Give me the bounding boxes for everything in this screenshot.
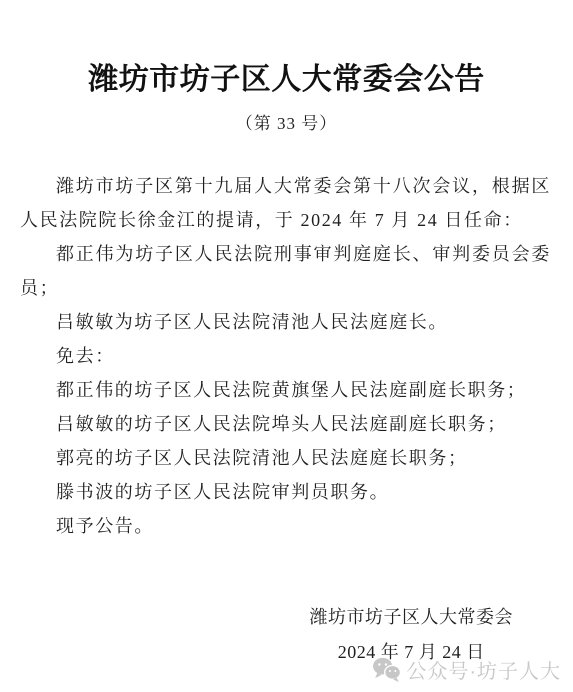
- watermark: 公众号·坊子人大: [372, 655, 561, 684]
- document-body: 潍坊市坊子区第十九届人大常委会第十八次会议，根据区人民法院院长徐金江的提请，于 …: [20, 169, 551, 543]
- paragraph-dismiss-heading: 免去：: [20, 339, 551, 373]
- paragraph-intro: 潍坊市坊子区第十九届人大常委会第十八次会议，根据区人民法院院长徐金江的提请，于 …: [20, 169, 551, 237]
- signature-organization: 潍坊市坊子区人大常委会: [310, 603, 514, 629]
- wechat-icon: [372, 657, 401, 683]
- announcement-document: 潍坊市坊子区人大常委会公告 （第 33 号） 潍坊市坊子区第十九届人大常委会第十…: [0, 0, 573, 692]
- watermark-text: 公众号·坊子人大: [406, 655, 561, 684]
- document-title: 潍坊市坊子区人大常委会公告: [0, 54, 573, 98]
- paragraph-dismiss-3: 郭亮的坊子区人民法院清池人民法庭庭长职务；: [20, 441, 551, 475]
- paragraph-appoint-2: 吕敏敏为坊子区人民法院清池人民法庭庭长。: [20, 305, 551, 339]
- paragraph-dismiss-4: 滕书波的坊子区人民法院审判员职务。: [20, 475, 551, 509]
- paragraph-dismiss-1: 都正伟的坊子区人民法院黄旗堡人民法庭副庭长职务；: [20, 373, 551, 407]
- paragraph-closing: 现予公告。: [20, 509, 551, 543]
- paragraph-dismiss-2: 吕敏敏的坊子区人民法院埠头人民法庭副庭长职务；: [20, 407, 551, 441]
- issue-number: （第 33 号）: [0, 109, 573, 134]
- paragraph-appoint-1: 都正伟为坊子区人民法院刑事审判庭庭长、审判委员会委员；: [20, 237, 551, 305]
